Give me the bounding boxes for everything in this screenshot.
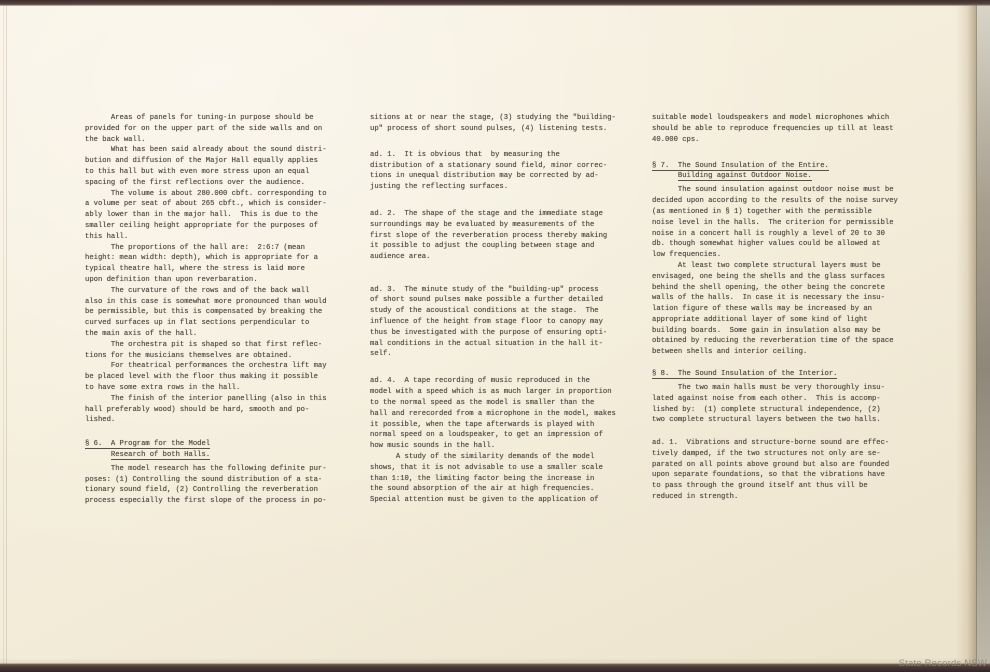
text-line: justing the reflecting surfaces. bbox=[370, 182, 622, 193]
text-column-1: Areas of panels for tuning-in purpose sh… bbox=[85, 113, 337, 507]
page-edge-crease bbox=[6, 0, 7, 672]
text-line: audience area. bbox=[370, 252, 622, 263]
text-line: study of the acoustical conditions at th… bbox=[370, 306, 622, 317]
text-line: appropriate additional layer of some kin… bbox=[652, 315, 904, 326]
text-line: curved surfaces up in flat sections perp… bbox=[85, 318, 337, 329]
text-line: to have some extra rows in the hall. bbox=[85, 383, 337, 394]
text-line: bution and diffusion of the Major Hall e… bbox=[85, 156, 337, 167]
body-paragraphs: Areas of panels for tuning-in purpose sh… bbox=[85, 113, 337, 426]
text-line: to this hall but with even more stress u… bbox=[85, 167, 337, 178]
scan-background-strip bbox=[976, 0, 990, 672]
text-line: of short sound pulses make possible a fu… bbox=[370, 295, 622, 306]
text-line: upon separate foundations, so that the v… bbox=[652, 470, 904, 481]
book-cover-edge-bottom bbox=[0, 663, 990, 672]
text-line: What has been said already about the sou… bbox=[85, 145, 337, 156]
text-line: the back wall. bbox=[85, 135, 337, 146]
text-line: The orchestra pit is shaped so that firs… bbox=[85, 340, 337, 351]
paragraph-continuation: suitable model loudspeakers and model mi… bbox=[652, 113, 904, 145]
text-line: a volume per seat of about 265 cbft., wh… bbox=[85, 199, 337, 210]
text-line: between shells and interior ceiling. bbox=[652, 347, 904, 358]
text-line: to the normal speed as the model is smal… bbox=[370, 398, 622, 409]
text-line: low frequencies. bbox=[652, 250, 904, 261]
page-edge-crease bbox=[3, 0, 4, 672]
text-line: ad. 1. Vibrations and structure-borne so… bbox=[652, 438, 904, 449]
text-line: the sound absorption of the air at high … bbox=[370, 484, 622, 495]
text-line: be placed level with the floor thus maki… bbox=[85, 372, 337, 383]
text-line: thus be investigated with the purpose of… bbox=[370, 328, 622, 339]
text-line: ad. 4. A tape recording of music reprodu… bbox=[370, 376, 622, 387]
ad-1-paragraph: ad. 1. Vibrations and structure-borne so… bbox=[652, 438, 904, 503]
text-line: than 1:10, the limiting factor being the… bbox=[370, 474, 622, 485]
text-line: typical theatre hall, where the stress i… bbox=[85, 264, 337, 275]
text-line: to pass through the ground itself ant th… bbox=[652, 481, 904, 492]
text-line: first slope of the reverberation process… bbox=[370, 231, 622, 242]
text-line: normal speed on a loudspeaker, to get an… bbox=[370, 430, 622, 441]
text-line: (as mentioned in § 1) together with the … bbox=[652, 207, 904, 218]
text-line: parated on all points above ground but a… bbox=[652, 460, 904, 471]
text-line: suitable model loudspeakers and model mi… bbox=[652, 113, 904, 124]
text-line: § 7. The Sound Insulation of the Entire. bbox=[652, 161, 904, 172]
text-column-3: suitable model loudspeakers and model mi… bbox=[652, 113, 904, 503]
text-line: the main axis of the hall. bbox=[85, 329, 337, 340]
text-line: ad. 2. The shape of the stage and the im… bbox=[370, 209, 622, 220]
paragraph: The model research has the following def… bbox=[85, 464, 337, 507]
text-line: hall and rerecorded from a microphone in… bbox=[370, 409, 622, 420]
text-line: The finish of the interior panelling (al… bbox=[85, 394, 337, 405]
text-line: walls of the halls. In case it is necess… bbox=[652, 293, 904, 304]
text-line: ad. 3. The minute study of the "building… bbox=[370, 285, 622, 296]
text-line: influence of the height from stage floor… bbox=[370, 317, 622, 328]
ad-2-paragraph: ad. 2. The shape of the stage and the im… bbox=[370, 209, 622, 263]
text-line: spacing of the first reflections over th… bbox=[85, 178, 337, 189]
paragraph: The two main halls must be very thorough… bbox=[652, 383, 904, 426]
text-line: tively damped, if the two structures not… bbox=[652, 449, 904, 460]
text-line: model with a speed which is as much larg… bbox=[370, 387, 622, 398]
text-line: At least two complete structural layers … bbox=[652, 261, 904, 272]
text-line: decided upon according to the results of… bbox=[652, 196, 904, 207]
text-line: surroundings may be evaluated by measure… bbox=[370, 220, 622, 231]
text-line: poses: (1) Controlling the sound distrib… bbox=[85, 475, 337, 486]
watermark: State Records NSW bbox=[899, 658, 987, 669]
text-line: should be able to reproduce frequencies … bbox=[652, 124, 904, 135]
text-line: shows, that it is not advisable to use a… bbox=[370, 463, 622, 474]
text-line: db. though somewhat higher values could … bbox=[652, 239, 904, 250]
text-line: For theatrical performances the orchestr… bbox=[85, 361, 337, 372]
document-page: Areas of panels for tuning-in purpose sh… bbox=[0, 0, 976, 672]
text-line: 40.000 cps. bbox=[652, 135, 904, 146]
text-line: hall preferably wood) should be hard, sm… bbox=[85, 405, 337, 416]
text-line: up" process of short sound pulses, (4) l… bbox=[370, 124, 622, 135]
text-line: height: mean width: depth), which is app… bbox=[85, 253, 337, 264]
text-line: behind the shell opening, the other bein… bbox=[652, 283, 904, 294]
text-line: ably lower than in the major hall. This … bbox=[85, 210, 337, 221]
section-6-heading: § 6. A Program for the Model Research of… bbox=[85, 439, 337, 461]
text-line: self. bbox=[370, 349, 622, 360]
text-line: two complete structural layers between t… bbox=[652, 415, 904, 426]
text-line: The sound insulation against outdoor noi… bbox=[652, 185, 904, 196]
text-line: § 8. The Sound Insulation of the Interio… bbox=[652, 369, 904, 380]
text-line: process especially the first slope of th… bbox=[85, 496, 337, 507]
book-cover-edge-top bbox=[0, 0, 990, 6]
text-line: it possible, when the tape afterwards is… bbox=[370, 420, 622, 431]
scanned-document-view: Areas of panels for tuning-in purpose sh… bbox=[0, 0, 990, 672]
text-line: § 6. A Program for the Model bbox=[85, 439, 337, 450]
text-line: this hall. bbox=[85, 232, 337, 243]
text-line: building boards. Some gain in insulation… bbox=[652, 326, 904, 337]
text-line: obtained by reducing the reverberation t… bbox=[652, 336, 904, 347]
text-line: The curvature of the rows and of the bac… bbox=[85, 286, 337, 297]
text-line: The model research has the following def… bbox=[85, 464, 337, 475]
text-line: The proportions of the hall are: 2:6:7 (… bbox=[85, 243, 337, 254]
text-line: lished. bbox=[85, 415, 337, 426]
text-line: The two main halls must be very thorough… bbox=[652, 383, 904, 394]
text-line: distribution of a stationary sound field… bbox=[370, 161, 622, 172]
paragraph-continuation: sitions at or near the stage, (3) studyi… bbox=[370, 113, 622, 135]
text-line: tions for the musicians themselves are o… bbox=[85, 351, 337, 362]
paragraph: At least two complete structural layers … bbox=[652, 261, 904, 358]
text-line: Special attention must be given to the a… bbox=[370, 495, 622, 506]
text-line: tionary sound field, (2) Controlling the… bbox=[85, 485, 337, 496]
section-8-heading: § 8. The Sound Insulation of the Interio… bbox=[652, 369, 904, 380]
text-line: Research of both Halls. bbox=[85, 450, 337, 461]
text-line: A study of the similarity demands of the… bbox=[370, 452, 622, 463]
text-line: how music sounds in the hall. bbox=[370, 441, 622, 452]
text-column-2: sitions at or near the stage, (3) studyi… bbox=[370, 113, 622, 506]
text-line: envisaged, one being the shells and the … bbox=[652, 272, 904, 283]
text-line: also in this case is somewhat more prono… bbox=[85, 297, 337, 308]
text-line: noise level in the halls. The criterion … bbox=[652, 218, 904, 229]
text-line: reduced in strength. bbox=[652, 492, 904, 503]
paragraph: The sound insulation against outdoor noi… bbox=[652, 185, 904, 261]
text-line: tions in unequal distribution may be cor… bbox=[370, 171, 622, 182]
text-line: sitions at or near the stage, (3) studyi… bbox=[370, 113, 622, 124]
text-line: it possible to adjust the coupling betwe… bbox=[370, 241, 622, 252]
text-line: lation figure of these walls may be incr… bbox=[652, 304, 904, 315]
text-line: ad. 1. It is obvious that by measuring t… bbox=[370, 150, 622, 161]
text-line: be permissible, but this is compensated … bbox=[85, 307, 337, 318]
ad-1-paragraph: ad. 1. It is obvious that by measuring t… bbox=[370, 150, 622, 193]
text-line: upon definition than upon reverbaration. bbox=[85, 275, 337, 286]
text-line: lished by: (1) complete structural indep… bbox=[652, 405, 904, 416]
text-line: smaller ceiling height appropriate for t… bbox=[85, 221, 337, 232]
section-7-heading: § 7. The Sound Insulation of the Entire.… bbox=[652, 161, 904, 183]
ad-4-paragraph: ad. 4. A tape recording of music reprodu… bbox=[370, 376, 622, 452]
text-line: noise in a concert hall is roughly a lev… bbox=[652, 229, 904, 240]
text-line: Building against Outdoor Noise. bbox=[652, 171, 904, 182]
ad-3-paragraph: ad. 3. The minute study of the "building… bbox=[370, 285, 622, 361]
text-line: mal conditions in the actual situation i… bbox=[370, 339, 622, 350]
text-line: The volume is about 280.000 cbft. corres… bbox=[85, 189, 337, 200]
page-right-edge bbox=[956, 0, 977, 672]
text-line: lated against noise from each other. Thi… bbox=[652, 394, 904, 405]
text-line: Areas of panels for tuning-in purpose sh… bbox=[85, 113, 337, 124]
text-line: provided for on the upper part of the si… bbox=[85, 124, 337, 135]
paragraph: A study of the similarity demands of the… bbox=[370, 452, 622, 506]
